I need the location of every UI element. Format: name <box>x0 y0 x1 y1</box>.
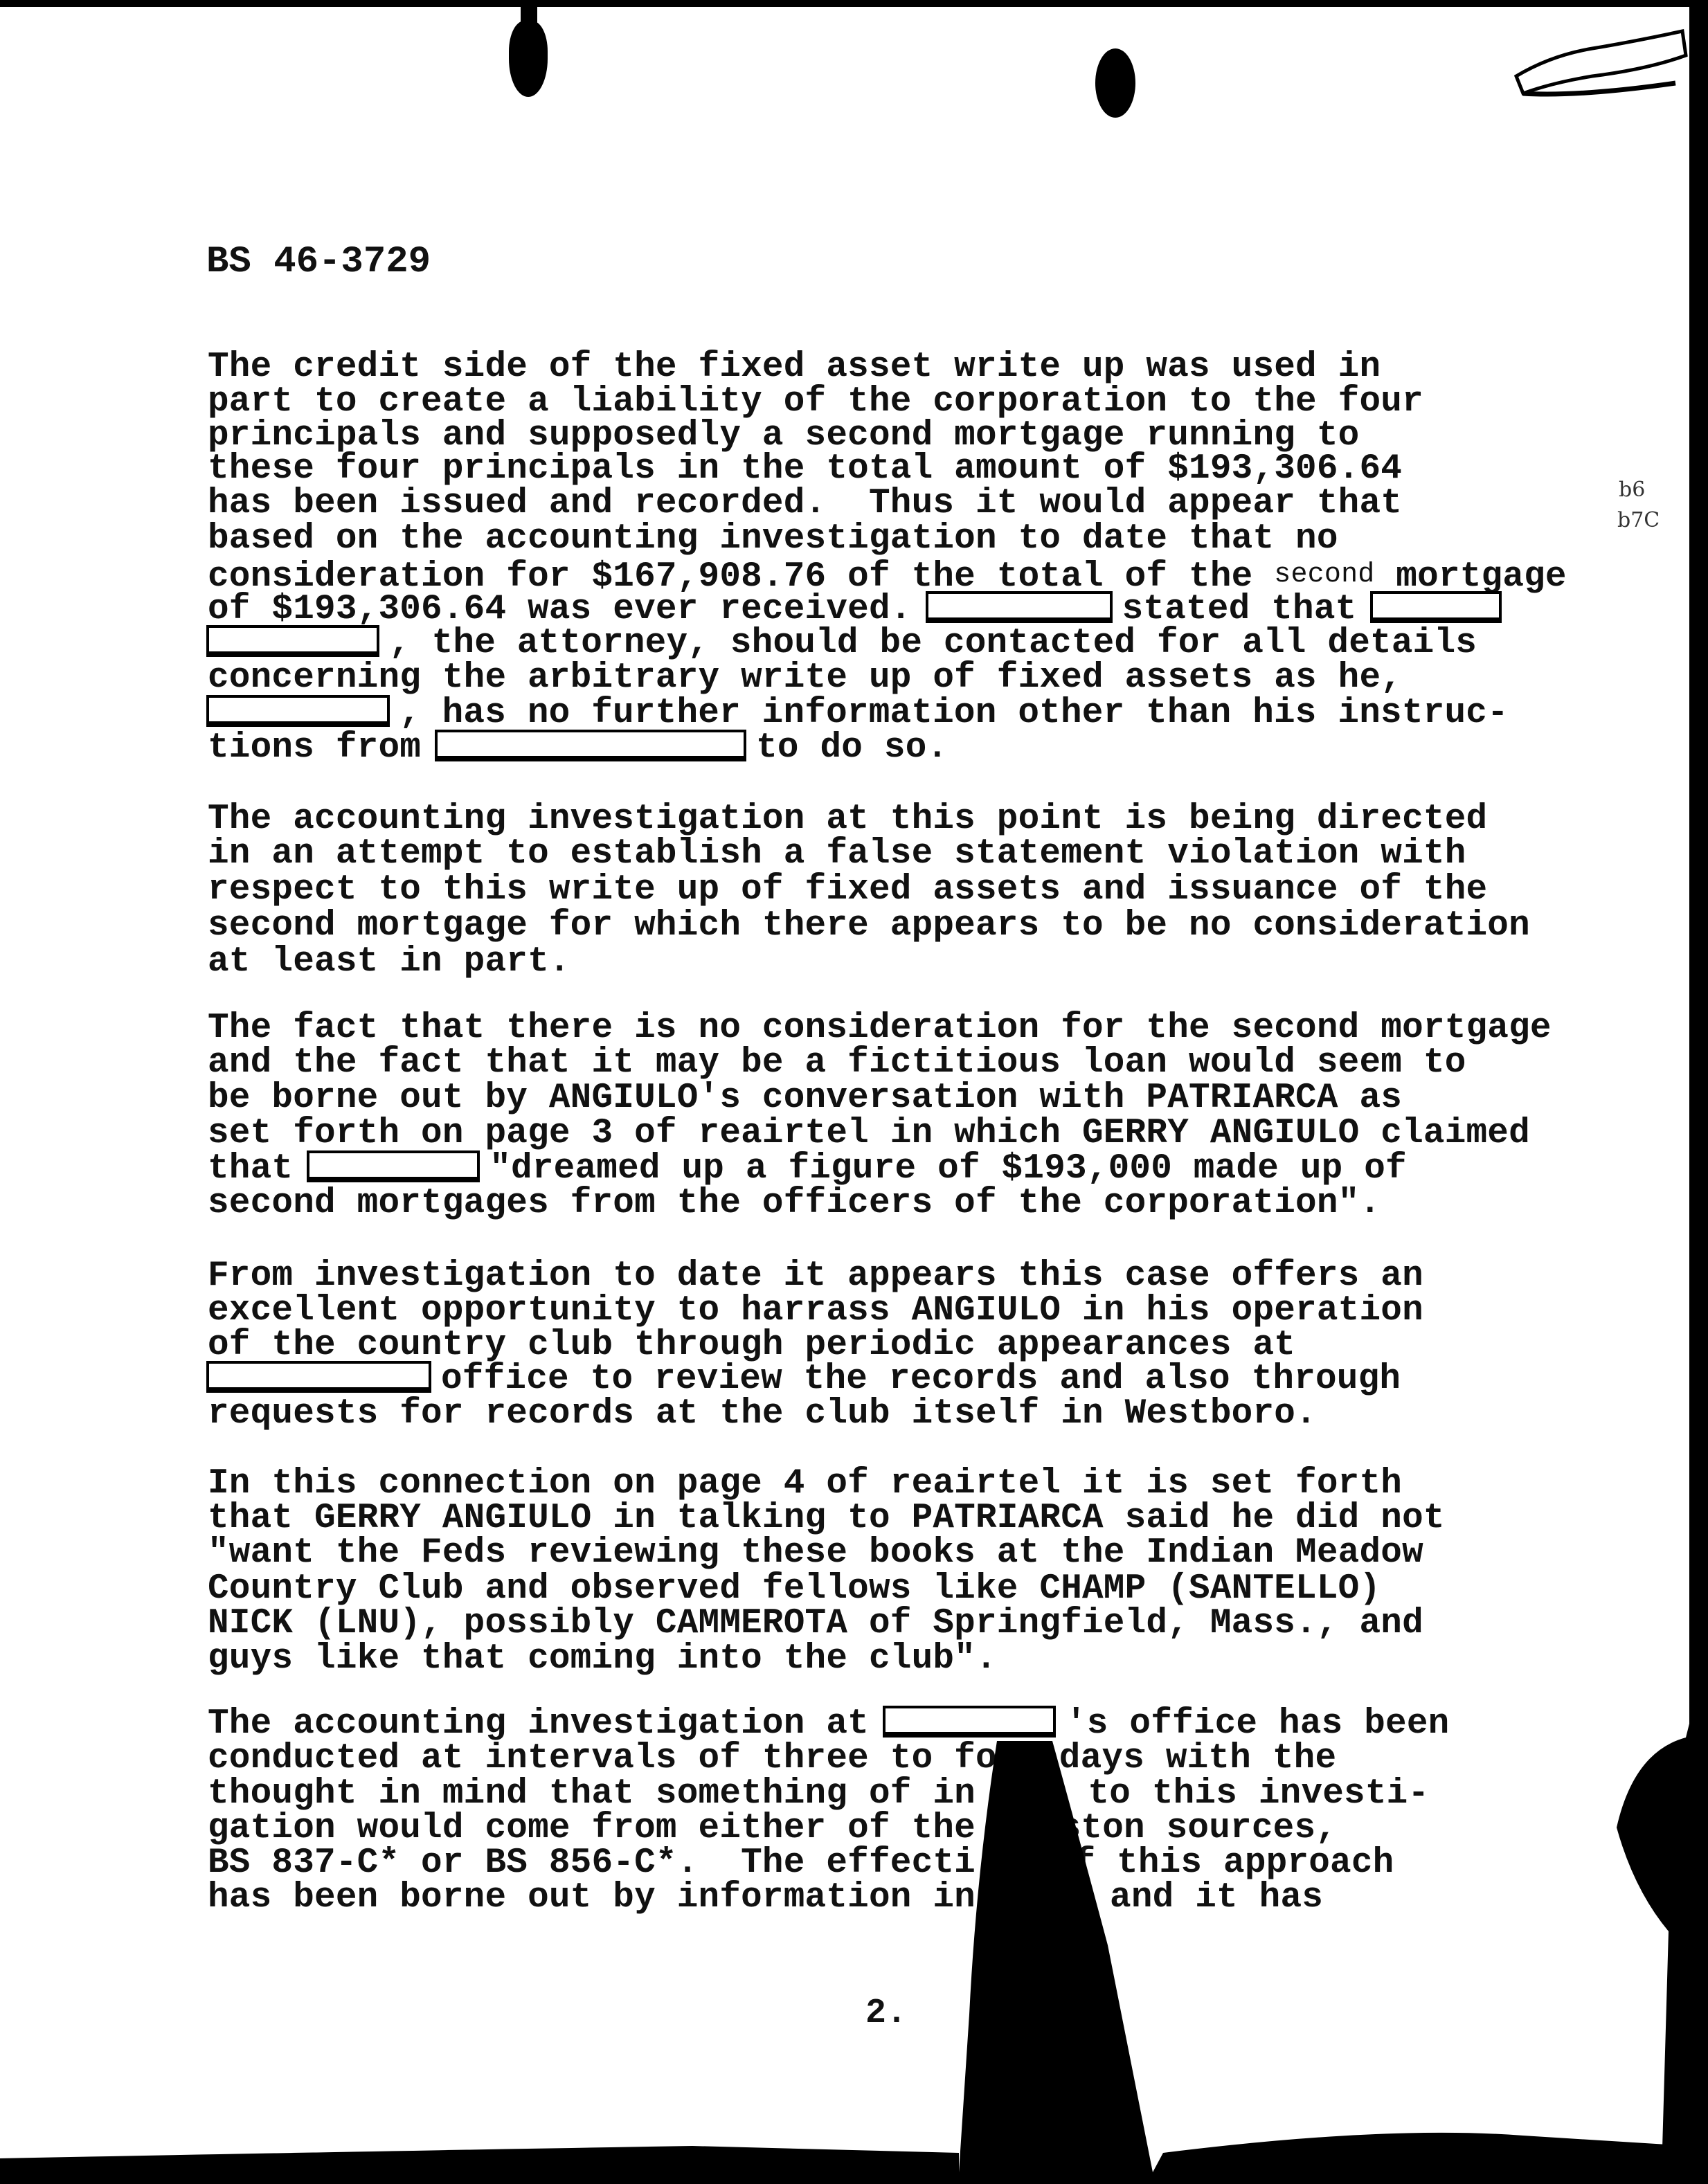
document-page: BS 46-3729 b6 b7C The credit side of the… <box>0 7 1689 2172</box>
scan-shadow-wedge <box>0 7 1689 2172</box>
